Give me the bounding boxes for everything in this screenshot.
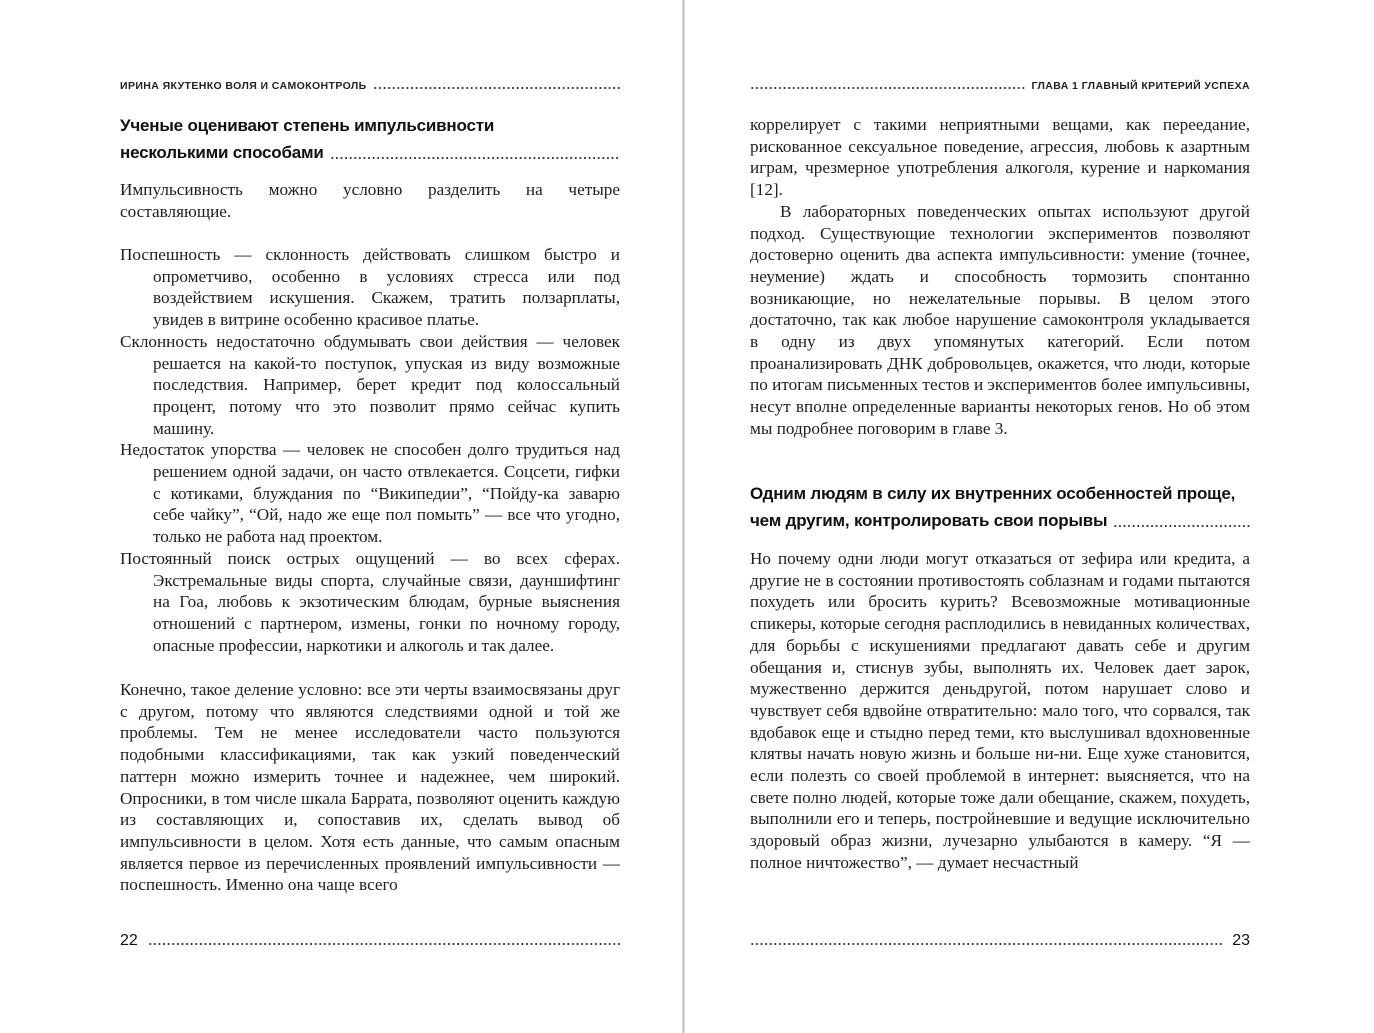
intro-paragraph: Импульсивность можно условно разделить н… [120,179,620,222]
dotted-leader [330,157,620,159]
component-item-lack-of-perseverance: Недостаток упорства — человек не способе… [120,439,620,548]
component-item-lack-of-premeditation: Склонность недостаточно обдумывать свои … [120,331,620,440]
continuation-paragraph-block: коррелирует с такими неприятными вещами,… [750,114,1250,440]
intro-paragraph-block: Импульсивность можно условно разделить н… [120,179,620,222]
running-head-right: ГЛАВА 1 ГЛАВНЫЙ КРИТЕРИЙ УСПЕХА [750,76,1250,92]
folio-left: 22 [120,928,620,950]
left-page: ИРИНА ЯКУТЕНКО ВОЛЯ И САМОКОНТРОЛЬ Учены… [120,0,620,1033]
page-number: 22 [120,932,138,950]
dotted-leader [148,943,620,945]
section-heading-line-1: Ученые оценивают степень импульсивности [120,112,620,139]
continuation-paragraph: коррелирует с такими неприятными вещами,… [750,114,1250,201]
dotted-leader [750,87,1025,89]
book-spread: ИРИНА ЯКУТЕНКО ВОЛЯ И САМОКОНТРОЛЬ Учены… [0,0,1374,1033]
section-text-block: Но почему одни люди могут отказаться от … [750,548,1250,874]
component-item-haste: Поспешность — склонность действовать сли… [120,244,620,331]
section-heading-line-2: несколькими способами [120,139,620,166]
folio-right: 23 [750,928,1250,950]
section-text-paragraph: Но почему одни люди могут отказаться от … [750,548,1250,874]
running-head-left: ИРИНА ЯКУТЕНКО ВОЛЯ И САМОКОНТРОЛЬ [120,76,620,92]
running-head-chapter: ГЛАВА 1 ГЛАВНЫЙ КРИТЕРИЙ УСПЕХА [1031,80,1250,92]
dotted-leader [373,87,620,89]
running-head-author-title: ИРИНА ЯКУТЕНКО ВОЛЯ И САМОКОНТРОЛЬ [120,80,367,92]
section-heading-line-1: Одним людям в силу их внутренних особенн… [750,480,1250,507]
impulsivity-components-list: Поспешность — склонность действовать сли… [120,244,620,656]
right-page: ГЛАВА 1 ГЛАВНЫЙ КРИТЕРИЙ УСПЕХА коррелир… [750,0,1250,1033]
section-heading-individual-differences: Одним людям в силу их внутренних особенн… [750,480,1250,534]
dotted-leader [750,943,1222,945]
dotted-leader [1113,525,1250,527]
section-heading-line-2: чем другим, контролировать свои порывы [750,507,1250,534]
page-number: 23 [1232,932,1250,950]
component-item-sensation-seeking: Постоянный поиск острых ощущений — во вс… [120,548,620,657]
conclusion-paragraph-block: Конечно, такое деление условно: все эти … [120,679,620,896]
conclusion-paragraph: Конечно, такое деление условно: все эти … [120,679,620,896]
section-heading-methods: Ученые оценивают степень импульсивности … [120,112,620,166]
lab-experiments-paragraph: В лабораторных поведенческих опытах испо… [750,201,1250,440]
book-spine [682,0,685,1033]
